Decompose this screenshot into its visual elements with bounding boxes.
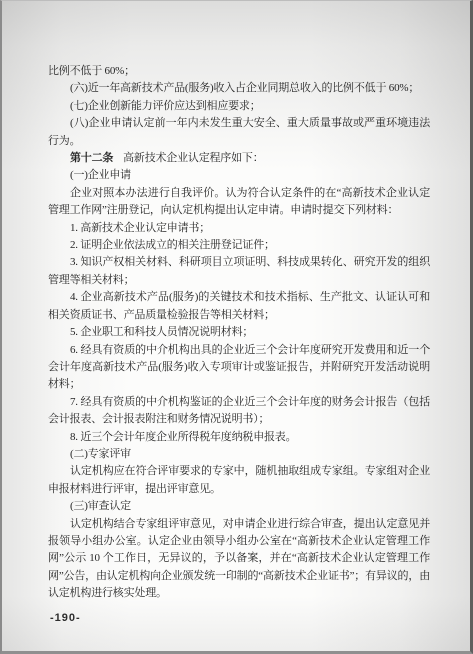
page-number: -190-	[50, 612, 81, 624]
page-content: 比例不低于 60%；(六)近一年高新技术产品(服务)收入占企业同期总收入的比例不…	[48, 63, 430, 603]
paragraph: 6. 经具有资质的中介机构出具的企业近三个会计年度研究开发费用和近一个会计年度高…	[48, 342, 430, 394]
paragraph: 1. 高新技术企业认定申请书；	[48, 220, 430, 237]
article-number: 第十二条	[70, 152, 113, 164]
paragraph: 认定机构结合专家组评审意见，对申请企业进行综合审查，提出认定意见并报领导小组办公…	[48, 516, 430, 603]
paragraph: 比例不低于 60%；	[48, 63, 430, 80]
paragraph: (八)企业申请认定前一年内未发生重大安全、重大质量事故或严重环境违法行为。	[48, 115, 430, 150]
paragraph: 认定机构应在符合评审要求的专家中，随机抽取组成专家组。专家组对企业申报材料进行评…	[48, 463, 430, 498]
paragraph: 8. 近三个会计年度企业所得税年度纳税申报表。	[48, 429, 430, 446]
paragraph: 3. 知识产权相关材料、科研项目立项证明、科技成果转化、研究开发的组织管理等相关…	[48, 254, 430, 289]
paragraph: (一)企业申请	[48, 167, 430, 184]
paragraph: (六)近一年高新技术产品(服务)收入占企业同期总收入的比例不低于 60%；	[48, 80, 430, 97]
paragraph: (二)专家评审	[48, 446, 430, 463]
article-paragraph: 第十二条高新技术企业认定程序如下：	[48, 150, 430, 167]
paragraph: (三)审查认定	[48, 498, 430, 515]
paragraph: 2. 证明企业依法成立的相关注册登记证件；	[48, 237, 430, 254]
paragraph: 企业对照本办法进行自我评价。认为符合认定条件的在“高新技术企业认定管理工作网”注…	[48, 185, 430, 220]
document-page: 比例不低于 60%；(六)近一年高新技术产品(服务)收入占企业同期总收入的比例不…	[0, 0, 473, 654]
paragraph: (七)企业创新能力评价应达到相应要求；	[48, 98, 430, 115]
paragraph: 7. 经具有资质的中介机构鉴证的企业近三个会计年度的财务会计报告（包括会计报表、…	[48, 394, 430, 429]
paragraph: 5. 企业职工和科技人员情况说明材料；	[48, 324, 430, 341]
paragraph: 4. 企业高新技术产品(服务)的关键技术和技术指标、生产批文、认证认可和相关资质…	[48, 289, 430, 324]
